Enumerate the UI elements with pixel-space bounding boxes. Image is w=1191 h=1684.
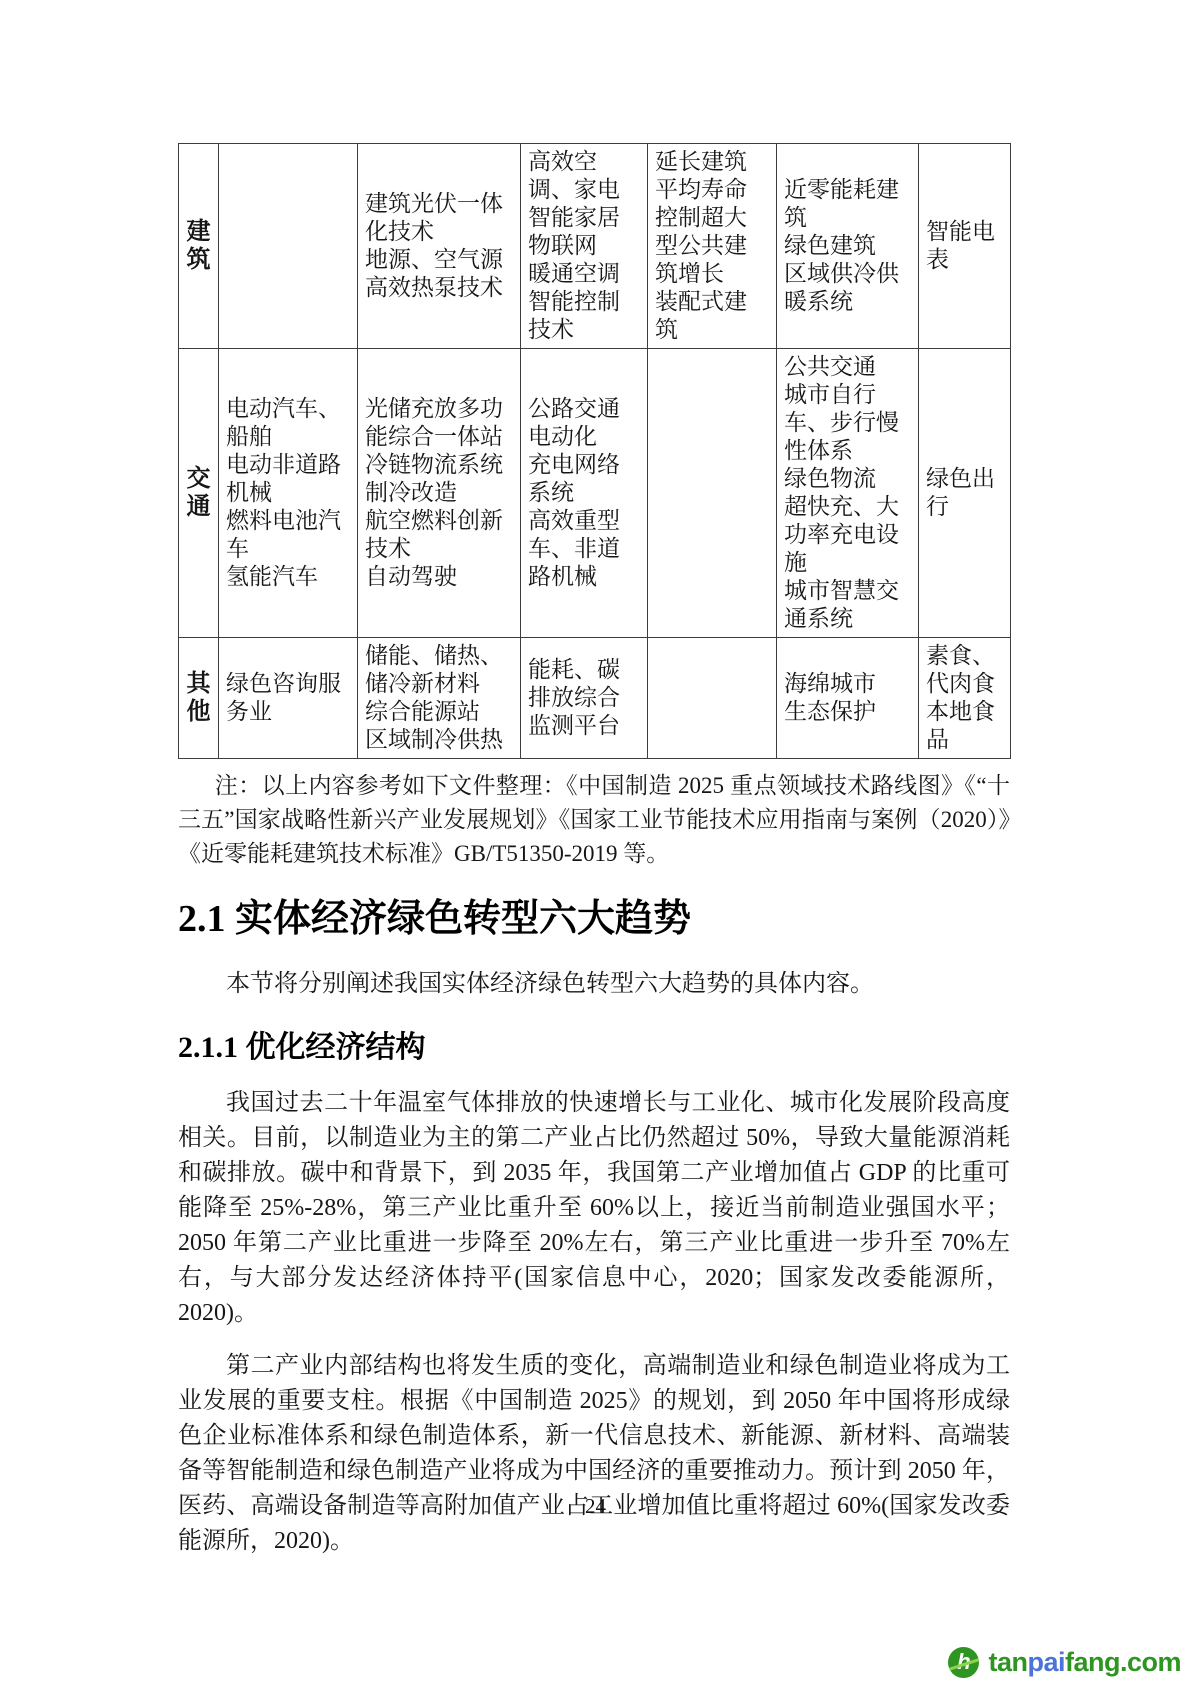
table-cell: 光储充放多功能综合一体站 冷链物流系统制冷改造 航空燃料创新技术 自动驾驶 — [358, 349, 521, 638]
tanpaifang-logo-icon: h — [948, 1647, 979, 1678]
site-watermark-link[interactable]: h tanpaifang.com — [948, 1647, 1181, 1678]
section-2-1-1-heading: 2.1.1 优化经济结构 — [178, 1028, 1010, 1068]
row-category: 其他 — [179, 638, 219, 759]
table-cell — [219, 144, 358, 349]
table-cell: 公共交通 城市自行车、步行慢性体系 绿色物流 超快充、大功率充电设施 城市智慧交… — [777, 349, 919, 638]
section-2-1-intro: 本节将分别阐述我国实体经济绿色转型六大趋势的具体内容。 — [178, 967, 1010, 1002]
section-2-1-heading: 2.1 实体经济绿色转型六大趋势 — [178, 895, 1010, 943]
green-technology-table: 建筑 建筑光伏一体化技术 地源、空气源高效热泵技术 高效空调、家电 智能家居物联… — [178, 143, 1011, 759]
watermark-text-part: tan — [988, 1647, 1027, 1677]
table-cell: 海绵城市 生态保护 — [777, 638, 919, 759]
table-row-transport: 交通 电动汽车、船舶 电动非道路机械 燃料电池汽车 氢能汽车 光储充放多功能综合… — [179, 349, 1011, 638]
table-cell — [648, 638, 777, 759]
table-cell: 电动汽车、船舶 电动非道路机械 燃料电池汽车 氢能汽车 — [219, 349, 358, 638]
table-cell: 智能电表 — [919, 144, 1011, 349]
watermark-text-part: pai — [1027, 1647, 1065, 1677]
table-row-other: 其他 绿色咨询服务业 储能、储热、储冷新材料 综合能源站 区域制冷供热 能耗、碳… — [179, 638, 1011, 759]
table-cell: 建筑光伏一体化技术 地源、空气源高效热泵技术 — [358, 144, 521, 349]
table-cell: 近零能耗建筑 绿色建筑 区域供冷供暖系统 — [777, 144, 919, 349]
table-cell — [648, 349, 777, 638]
row-category: 建筑 — [179, 144, 219, 349]
table-cell: 绿色咨询服务业 — [219, 638, 358, 759]
watermark-text: tanpaifang.com — [988, 1649, 1181, 1676]
table-cell: 延长建筑平均寿命 控制超大型公共建筑增长 装配式建筑 — [648, 144, 777, 349]
table-row-building: 建筑 建筑光伏一体化技术 地源、空气源高效热泵技术 高效空调、家电 智能家居物联… — [179, 144, 1011, 349]
watermark-text-part: fang.com — [1065, 1647, 1181, 1677]
table-cell: 能耗、碳排放综合监测平台 — [521, 638, 648, 759]
table-cell: 素食、代肉食 本地食品 — [919, 638, 1011, 759]
table-note: 注：以上内容参考如下文件整理：《中国制造 2025 重点领域技术路线图》《“十三… — [178, 769, 1010, 871]
document-page: 建筑 建筑光伏一体化技术 地源、空气源高效热泵技术 高效空调、家电 智能家居物联… — [0, 0, 1191, 1684]
table-cell: 储能、储热、储冷新材料 综合能源站 区域制冷供热 — [358, 638, 521, 759]
body-paragraph: 我国过去二十年温室气体排放的快速增长与工业化、城市化发展阶段高度相关。目前，以制… — [178, 1086, 1010, 1331]
table-cell: 绿色出行 — [919, 349, 1011, 638]
logo-glyph: h — [957, 1651, 970, 1673]
page-number: 24 — [0, 1494, 1191, 1519]
table-cell: 公路交通电动化 充电网络系统 高效重型车、非道路机械 — [521, 349, 648, 638]
body-paragraph: 第二产业内部结构也将发生质的变化，高端制造业和绿色制造业将成为工业发展的重要支柱… — [178, 1349, 1010, 1559]
row-category: 交通 — [179, 349, 219, 638]
table-cell: 高效空调、家电 智能家居物联网 暖通空调智能控制技术 — [521, 144, 648, 349]
